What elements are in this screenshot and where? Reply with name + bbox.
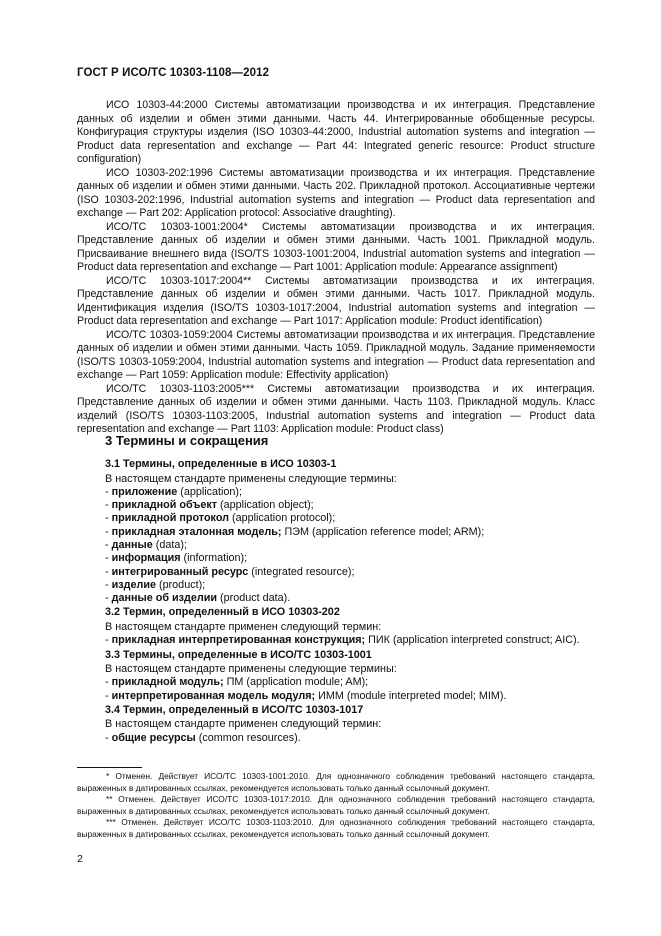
footnote-divider [77,767,142,768]
term-name: прикладной модуль; [112,676,224,688]
normative-references: ИСО 10303-44:2000 Системы автоматизации … [77,99,595,437]
subsection-title: 3.1 Термины, определенные в ИСО 10303-1 [105,457,605,473]
term-list-item: - прикладная интерпретированная конструк… [105,634,605,647]
footnote: * Отменен. Действует ИСО/ТС 10303-1001:2… [77,771,595,794]
term-name: прикладной объект [112,499,217,511]
term-name: прикладная интерпретированная конструкци… [112,634,366,646]
term-list-item: - изделие (product); [105,579,605,592]
subsection-title: 3.3 Термины, определенные в ИСО/ТС 10303… [105,648,605,664]
reference-item: ИСО 10303-202:1996 Системы автоматизации… [77,167,595,221]
term-name: изделие [112,579,156,591]
term-list-item: - общие ресурсы (common resources). [105,732,605,745]
subsection-title: 3.4 Термин, определенный в ИСО/ТС 10303-… [105,703,605,719]
term-list-item: - приложение (application); [105,486,605,499]
term-translation: (integrated resource); [248,566,354,578]
term-translation: (common resources). [196,732,301,744]
term-translation: (application object); [217,499,314,511]
term-list-item: - прикладной модуль; ПМ (application mod… [105,676,605,689]
term-translation: (information); [181,552,248,564]
term-name: данные об изделии [112,592,217,604]
footnote: *** Отменен. Действует ИСО/ТС 10303-1103… [77,817,595,840]
term-list-item: - интерпретированная модель модуля; ИММ … [105,690,605,703]
reference-item: ИСО/ТС 10303-1059:2004 Системы автоматиз… [77,329,595,383]
subsection-intro: В настоящем стандарте применены следующи… [105,473,605,486]
term-list-item: - данные (data); [105,539,605,552]
subsection-intro: В настоящем стандарте применен следующий… [105,718,605,731]
term-translation: ПМ (application module; AM); [224,676,369,688]
term-name: интегрированный ресурс [112,566,249,578]
term-name: общие ресурсы [112,732,196,744]
subsection-title: 3.2 Термин, определенный в ИСО 10303-202 [105,605,605,621]
term-translation: ИММ (module interpreted model; MIM). [315,690,506,702]
document-header: ГОСТ Р ИСО/ТС 10303-1108—2012 [77,67,269,79]
reference-item: ИСО/ТС 10303-1001:2004* Системы автомати… [77,221,595,275]
term-name: информация [112,552,181,564]
term-name: интерпретированная модель модуля; [112,690,316,702]
term-list-item: - прикладная эталонная модель; ПЭМ (appl… [105,526,605,539]
reference-item: ИСО/ТС 10303-1017:2004** Системы автомат… [77,275,595,329]
section-title: 3 Термины и сокращения [105,433,605,448]
term-translation: (product); [156,579,205,591]
subsection-intro: В настоящем стандарте применены следующи… [105,663,605,676]
subsections: 3.1 Термины, определенные в ИСО 10303-1В… [105,457,605,745]
term-list-item: - данные об изделии (product data). [105,592,605,605]
term-name: данные [112,539,153,551]
term-translation: ПИК (application interpreted construct; … [365,634,579,646]
term-name: прикладная эталонная модель; [112,526,282,538]
footnote: ** Отменен. Действует ИСО/ТС 10303-1017:… [77,794,595,817]
page-number: 2 [77,853,83,865]
term-list-item: - прикладной объект (application object)… [105,499,605,512]
term-translation: (application); [177,486,242,498]
term-name: приложение [112,486,178,498]
term-translation: ПЭМ (application reference model; ARM); [281,526,484,538]
footnotes: * Отменен. Действует ИСО/ТС 10303-1001:2… [77,771,595,841]
term-translation: (data); [153,539,187,551]
term-list-item: - прикладной протокол (application proto… [105,512,605,525]
reference-item: ИСО/ТС 10303-1103:2005*** Системы автома… [77,383,595,437]
reference-item: ИСО 10303-44:2000 Системы автоматизации … [77,99,595,167]
term-list-item: - интегрированный ресурс (integrated res… [105,566,605,579]
subsection-intro: В настоящем стандарте применен следующий… [105,621,605,634]
term-translation: (product data). [217,592,290,604]
term-name: прикладной протокол [112,512,229,524]
terms-section: 3 Термины и сокращения 3.1 Термины, опре… [105,433,605,745]
term-list-item: - информация (information); [105,552,605,565]
term-translation: (application protocol); [229,512,335,524]
